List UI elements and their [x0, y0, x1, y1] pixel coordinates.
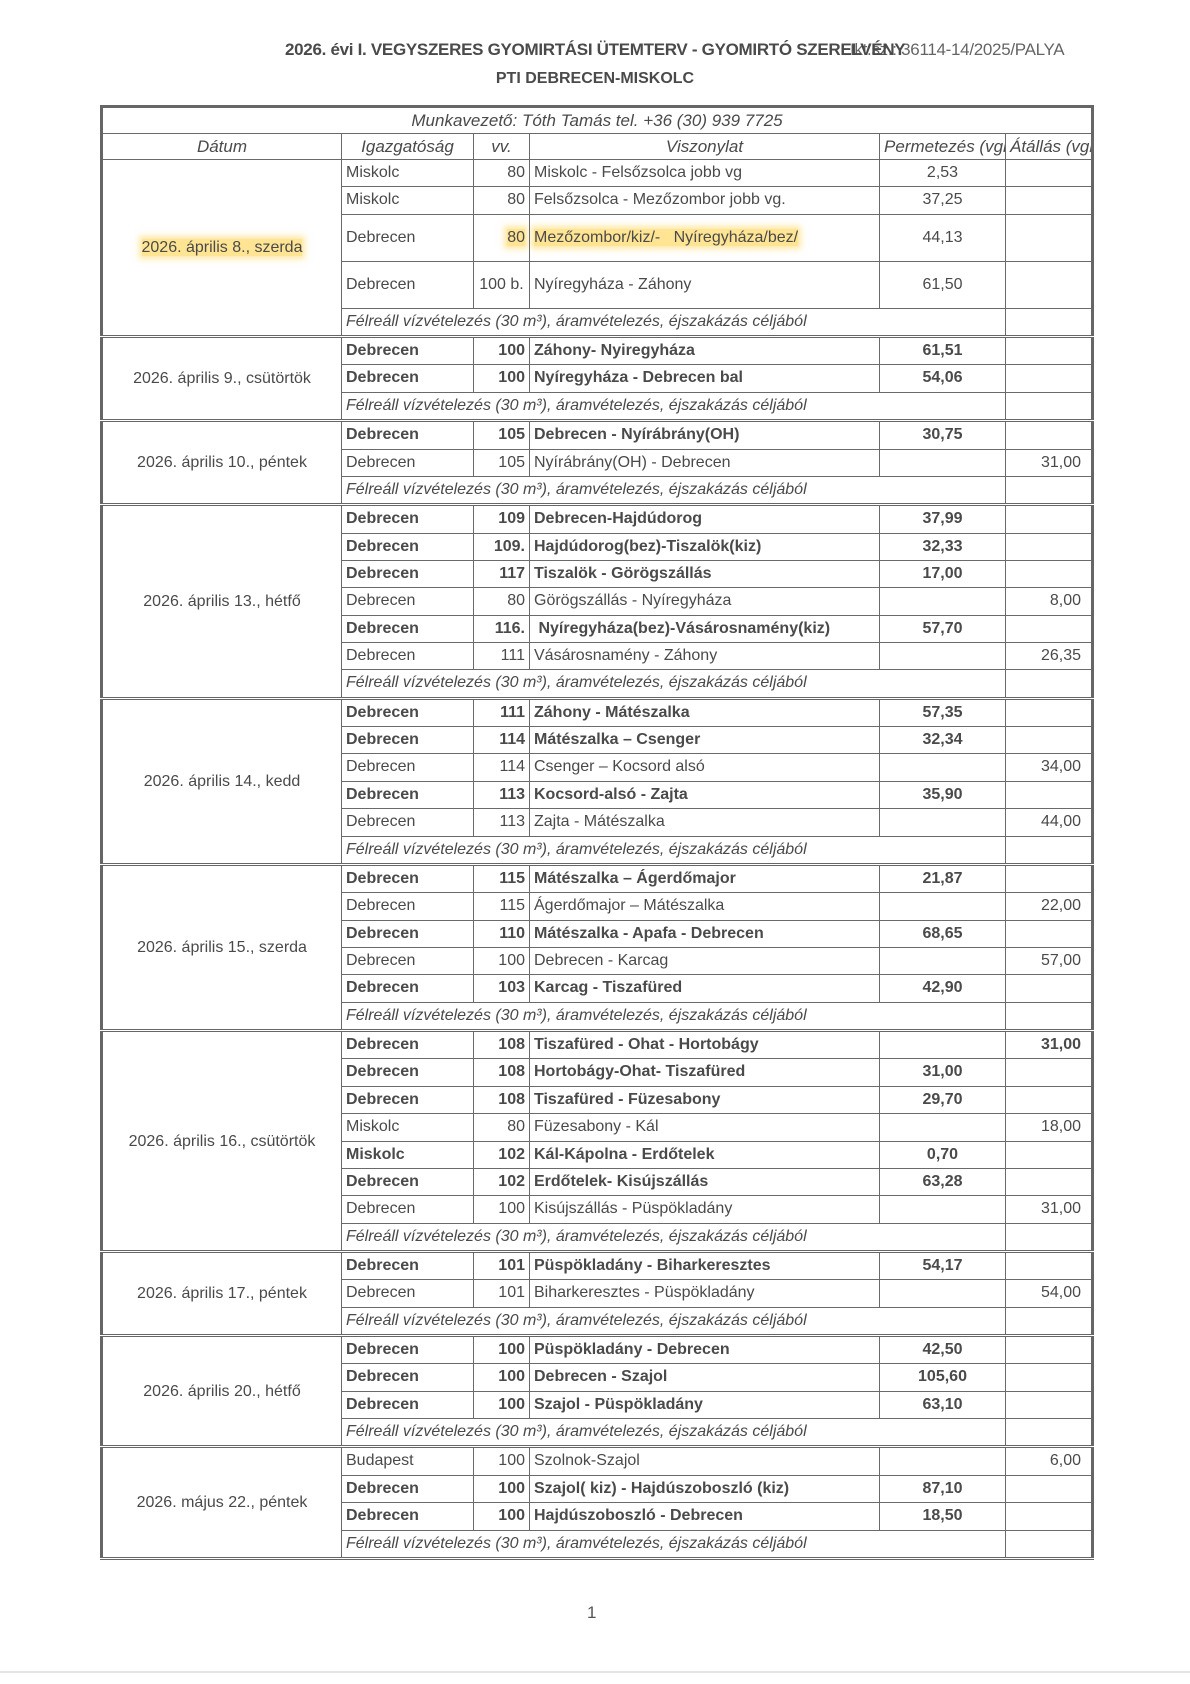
date-label: 2026. április 16., csütörtök: [129, 1133, 316, 1150]
spray-km-cell: [880, 1196, 1006, 1223]
directorate-cell: Budapest: [342, 1447, 474, 1475]
route-cell: Nyírábrány(OH) - Debrecen: [530, 449, 880, 476]
directorate-cell: Debrecen: [342, 365, 474, 392]
schedule-table: Munkavezető: Tóth Tamás tel. +36 (30) 93…: [100, 105, 1094, 1560]
transfer-km-cell: [1006, 505, 1093, 533]
transfer-km-cell: [1006, 337, 1093, 365]
line-number-cell: 80: [474, 160, 530, 187]
table-row: 2026. április 14., keddDebrecen111Záhony…: [102, 698, 1093, 726]
directorate-cell: Debrecen: [342, 1475, 474, 1502]
directorate-cell: Debrecen: [342, 337, 474, 365]
note-text: Félreáll vízvételezés (30 m³), áramvétel…: [342, 1307, 1006, 1335]
transfer-km-cell: [1006, 1251, 1093, 1279]
spray-km-cell: 17,00: [880, 560, 1006, 587]
line-number-cell: 114: [474, 754, 530, 781]
spray-km-cell: [880, 893, 1006, 920]
directorate-cell: Debrecen: [342, 975, 474, 1002]
route-cell: Zajta - Mátészalka: [530, 809, 880, 836]
table-row: 2026. április 15., szerdaDebrecen115Máté…: [102, 864, 1093, 892]
line-number-cell: 109: [474, 505, 530, 533]
line-number-cell: 108: [474, 1059, 530, 1086]
route-cell: Szajol - Püspökladány: [530, 1391, 880, 1418]
spray-km-cell: 87,10: [880, 1475, 1006, 1502]
line-number-cell: 100: [474, 1336, 530, 1364]
directorate-cell: Miskolc: [342, 1114, 474, 1141]
directorate-cell: Debrecen: [342, 1336, 474, 1364]
route-cell: Debrecen - Nyírábrány(OH): [530, 421, 880, 449]
spray-km-cell: [880, 643, 1006, 670]
directorate-cell: Debrecen: [342, 947, 474, 974]
date-cell: 2026. április 20., hétfő: [102, 1336, 342, 1447]
directorate-cell: Debrecen: [342, 1031, 474, 1059]
spray-km-cell: 37,25: [880, 187, 1006, 214]
date-label: 2026. április 17., péntek: [137, 1285, 307, 1302]
transfer-km-cell: [1006, 392, 1093, 420]
date-cell: 2026. április 14., kedd: [102, 698, 342, 864]
transfer-km-cell: [1006, 476, 1093, 504]
transfer-km-cell: 34,00: [1006, 754, 1093, 781]
line-number-cell: 80: [474, 214, 530, 261]
col-header-date: Dátum: [102, 134, 342, 160]
spray-km-cell: 57,35: [880, 698, 1006, 726]
transfer-km-cell: 22,00: [1006, 893, 1093, 920]
line-number-cell: 100: [474, 337, 530, 365]
col-header-route: Viszonylat: [530, 134, 880, 160]
col-header-spray: Permetezés (vgkm): [880, 134, 1006, 160]
directorate-cell: Debrecen: [342, 261, 474, 308]
line-number-cell: 114: [474, 727, 530, 754]
directorate-cell: Debrecen: [342, 781, 474, 808]
line-number-cell: 103: [474, 975, 530, 1002]
line-number-cell: 105: [474, 421, 530, 449]
col-header-directorate: Igazgatóság: [342, 134, 474, 160]
route-cell: Hajdúszoboszló - Debrecen: [530, 1503, 880, 1530]
route-cell: Mezőzombor/kiz/- Nyíregyháza/bez/: [530, 214, 880, 261]
directorate-cell: Debrecen: [342, 1086, 474, 1113]
spray-km-cell: [880, 947, 1006, 974]
spray-km-cell: 21,87: [880, 864, 1006, 892]
date-cell: 2026. április 13., hétfő: [102, 505, 342, 699]
route-cell: Debrecen-Hajdúdorog: [530, 505, 880, 533]
spray-km-cell: [880, 1447, 1006, 1475]
spray-km-cell: [880, 1280, 1006, 1307]
transfer-km-cell: [1006, 1503, 1093, 1530]
route-cell: Kisújszállás - Püspökladány: [530, 1196, 880, 1223]
route-cell: Nyíregyháza(bez)-Vásárosnamény(kiz): [530, 615, 880, 642]
directorate-cell: Debrecen: [342, 643, 474, 670]
transfer-km-cell: [1006, 670, 1093, 698]
transfer-km-cell: [1006, 864, 1093, 892]
note-text: Félreáll vízvételezés (30 m³), áramvétel…: [342, 392, 1006, 420]
transfer-km-cell: 44,00: [1006, 809, 1093, 836]
table-row: 2026. április 13., hétfőDebrecen109Debre…: [102, 505, 1093, 533]
directorate-cell: Debrecen: [342, 754, 474, 781]
route-cell: Debrecen - Szajol: [530, 1364, 880, 1391]
directorate-cell: Debrecen: [342, 214, 474, 261]
date-cell: 2026. április 15., szerda: [102, 864, 342, 1030]
col-header-transfer: Átállás (vgkm): [1006, 134, 1093, 160]
line-number-cell: 115: [474, 893, 530, 920]
spray-km-cell: 35,90: [880, 781, 1006, 808]
transfer-km-cell: [1006, 421, 1093, 449]
line-number-cell: 100: [474, 1475, 530, 1502]
note-text: Félreáll vízvételezés (30 m³), áramvétel…: [342, 1530, 1006, 1558]
transfer-km-cell: [1006, 560, 1093, 587]
note-text: Félreáll vízvételezés (30 m³), áramvétel…: [342, 476, 1006, 504]
spray-km-cell: 61,51: [880, 337, 1006, 365]
transfer-km-cell: [1006, 1391, 1093, 1418]
route-cell: Szolnok-Szajol: [530, 1447, 880, 1475]
date-label: 2026. április 14., kedd: [144, 773, 301, 790]
directorate-cell: Debrecen: [342, 1503, 474, 1530]
spray-km-cell: 42,50: [880, 1336, 1006, 1364]
line-number-cell: 117: [474, 560, 530, 587]
route-cell: Nyíregyháza - Debrecen bal: [530, 365, 880, 392]
transfer-km-cell: [1006, 1168, 1093, 1195]
spray-km-cell: 18,50: [880, 1503, 1006, 1530]
route-cell: Debrecen - Karcag: [530, 947, 880, 974]
spray-km-cell: 0,70: [880, 1141, 1006, 1168]
directorate-cell: Miskolc: [342, 1141, 474, 1168]
directorate-cell: Debrecen: [342, 533, 474, 560]
date-label: 2026. április 13., hétfő: [143, 593, 300, 610]
note-text: Félreáll vízvételezés (30 m³), áramvétel…: [342, 836, 1006, 864]
spray-km-cell: 44,13: [880, 214, 1006, 261]
route-cell: Csenger – Kocsord alsó: [530, 754, 880, 781]
line-number-cell: 80: [474, 187, 530, 214]
spray-km-cell: 30,75: [880, 421, 1006, 449]
transfer-km-cell: [1006, 1086, 1093, 1113]
spray-km-cell: 105,60: [880, 1364, 1006, 1391]
directorate-cell: Debrecen: [342, 864, 474, 892]
line-number-cell: 105: [474, 449, 530, 476]
directorate-cell: Debrecen: [342, 615, 474, 642]
route-cell: Nyíregyháza - Záhony: [530, 261, 880, 308]
date-cell: 2026. április 10., péntek: [102, 421, 342, 505]
date-cell: 2026. április 17., péntek: [102, 1251, 342, 1335]
spray-km-cell: 29,70: [880, 1086, 1006, 1113]
table-row: 2026. április 17., péntekDebrecen101Püsp…: [102, 1251, 1093, 1279]
spray-km-cell: [880, 754, 1006, 781]
line-number-cell: 100: [474, 1447, 530, 1475]
transfer-km-cell: [1006, 781, 1093, 808]
route-cell: Füzesabony - Kál: [530, 1114, 880, 1141]
transfer-km-cell: 54,00: [1006, 1280, 1093, 1307]
directorate-cell: Debrecen: [342, 1364, 474, 1391]
document-title: 2026. évi I. VEGYSZERES GYOMIRTÁSI ÜTEMT…: [285, 40, 905, 60]
spray-km-cell: 32,33: [880, 533, 1006, 560]
date-cell: 2026. május 22., péntek: [102, 1447, 342, 1558]
route-cell: Kocsord-alsó - Zajta: [530, 781, 880, 808]
transfer-km-cell: [1006, 836, 1093, 864]
line-number-cell: 102: [474, 1141, 530, 1168]
route-cell: Püspökladány - Biharkeresztes: [530, 1251, 880, 1279]
line-number-cell: 113: [474, 809, 530, 836]
line-number-cell: 101: [474, 1251, 530, 1279]
directorate-cell: Debrecen: [342, 449, 474, 476]
line-number-cell: 110: [474, 920, 530, 947]
route-value: Mezőzombor/kiz/- Nyíregyháza/bez/: [534, 229, 798, 246]
spray-km-cell: 63,28: [880, 1168, 1006, 1195]
transfer-km-cell: [1006, 920, 1093, 947]
route-cell: Mátészalka – Csenger: [530, 727, 880, 754]
note-text: Félreáll vízvételezés (30 m³), áramvétel…: [342, 308, 1006, 336]
page-bottom-edge: [0, 1671, 1190, 1673]
directorate-cell: Debrecen: [342, 809, 474, 836]
line-number-cell: 100: [474, 1503, 530, 1530]
transfer-km-cell: [1006, 187, 1093, 214]
spray-km-cell: 54,17: [880, 1251, 1006, 1279]
line-number-cell: 102: [474, 1168, 530, 1195]
date-cell: 2026. április 9., csütörtök: [102, 337, 342, 421]
transfer-km-cell: 31,00: [1006, 1031, 1093, 1059]
spray-km-cell: 42,90: [880, 975, 1006, 1002]
route-cell: Hortobágy-Ohat- Tiszafüred: [530, 1059, 880, 1086]
directorate-cell: Debrecen: [342, 1280, 474, 1307]
line-number-cell: 100: [474, 947, 530, 974]
transfer-km-cell: [1006, 698, 1093, 726]
document-reference: Ikt.sz.: 36114-14/2025/PALYA: [850, 40, 1064, 60]
line-number-value: 80: [507, 229, 525, 246]
date-cell: 2026. április 16., csütörtök: [102, 1031, 342, 1252]
note-text: Félreáll vízvételezés (30 m³), áramvétel…: [342, 1419, 1006, 1447]
table-row: 2026. április 20., hétfőDebrecen100Püspö…: [102, 1336, 1093, 1364]
directorate-cell: Debrecen: [342, 560, 474, 587]
transfer-km-cell: [1006, 1059, 1093, 1086]
transfer-km-cell: 8,00: [1006, 588, 1093, 615]
route-cell: Tiszafüred - Ohat - Hortobágy: [530, 1031, 880, 1059]
line-number-cell: 101: [474, 1280, 530, 1307]
directorate-cell: Debrecen: [342, 1196, 474, 1223]
line-number-cell: 100: [474, 1391, 530, 1418]
route-cell: Karcag - Tiszafüred: [530, 975, 880, 1002]
date-label: 2026. április 10., péntek: [137, 454, 307, 471]
spray-km-cell: 37,99: [880, 505, 1006, 533]
line-number-cell: 108: [474, 1031, 530, 1059]
directorate-cell: Debrecen: [342, 588, 474, 615]
directorate-cell: Debrecen: [342, 1168, 474, 1195]
spray-km-cell: 31,00: [880, 1059, 1006, 1086]
transfer-km-cell: [1006, 1307, 1093, 1335]
date-label: 2026. április 15., szerda: [137, 939, 307, 956]
directorate-cell: Debrecen: [342, 893, 474, 920]
directorate-cell: Debrecen: [342, 1251, 474, 1279]
line-number-cell: 100: [474, 1196, 530, 1223]
line-number-cell: 108: [474, 1086, 530, 1113]
transfer-km-cell: [1006, 261, 1093, 308]
col-header-line: vv.: [474, 134, 530, 160]
date-cell: 2026. április 8., szerda: [102, 160, 342, 337]
transfer-km-cell: [1006, 1141, 1093, 1168]
note-text: Félreáll vízvételezés (30 m³), áramvétel…: [342, 670, 1006, 698]
transfer-km-cell: [1006, 214, 1093, 261]
date-label: 2026. május 22., péntek: [137, 1494, 308, 1511]
date-label: 2026. április 20., hétfő: [143, 1383, 300, 1400]
line-number-cell: 109.: [474, 533, 530, 560]
route-cell: Ágerdőmajor – Mátészalka: [530, 893, 880, 920]
work-leader: Munkavezető: Tóth Tamás tel. +36 (30) 93…: [102, 107, 1093, 134]
transfer-km-cell: [1006, 308, 1093, 336]
route-cell: Biharkeresztes - Püspökladány: [530, 1280, 880, 1307]
line-number-cell: 80: [474, 588, 530, 615]
directorate-cell: Debrecen: [342, 698, 474, 726]
note-text: Félreáll vízvételezés (30 m³), áramvétel…: [342, 1002, 1006, 1030]
table-row: 2026. április 9., csütörtökDebrecen100Zá…: [102, 337, 1093, 365]
line-number-cell: 116.: [474, 615, 530, 642]
transfer-km-cell: [1006, 160, 1093, 187]
directorate-cell: Debrecen: [342, 727, 474, 754]
transfer-km-cell: [1006, 365, 1093, 392]
transfer-km-cell: 26,35: [1006, 643, 1093, 670]
spray-km-cell: 54,06: [880, 365, 1006, 392]
table-row: 2026. április 10., péntekDebrecen105Debr…: [102, 421, 1093, 449]
line-number-cell: 100: [474, 365, 530, 392]
document-subtitle: PTI DEBRECEN-MISKOLC: [0, 70, 1190, 88]
transfer-km-cell: [1006, 533, 1093, 560]
transfer-km-cell: [1006, 1223, 1093, 1251]
spray-km-cell: [880, 588, 1006, 615]
spray-km-cell: [880, 1031, 1006, 1059]
route-cell: Tiszafüred - Füzesabony: [530, 1086, 880, 1113]
directorate-cell: Debrecen: [342, 1391, 474, 1418]
route-cell: Miskolc - Felsőzsolca jobb vg: [530, 160, 880, 187]
transfer-km-cell: [1006, 727, 1093, 754]
spray-km-cell: 2,53: [880, 160, 1006, 187]
line-number-cell: 80: [474, 1114, 530, 1141]
route-cell: Erdőtelek- Kisújszállás: [530, 1168, 880, 1195]
route-cell: Hajdúdorog(bez)-Tiszalök(kiz): [530, 533, 880, 560]
line-number-cell: 100 b.: [474, 261, 530, 308]
route-cell: Vásárosnamény - Záhony: [530, 643, 880, 670]
route-cell: Mátészalka - Apafa - Debrecen: [530, 920, 880, 947]
line-number-cell: 111: [474, 698, 530, 726]
spray-km-cell: [880, 809, 1006, 836]
transfer-km-cell: [1006, 1336, 1093, 1364]
route-cell: Püspökladány - Debrecen: [530, 1336, 880, 1364]
date-label: 2026. április 8., szerda: [142, 239, 303, 256]
spray-km-cell: 61,50: [880, 261, 1006, 308]
spray-km-cell: [880, 1114, 1006, 1141]
directorate-cell: Debrecen: [342, 1059, 474, 1086]
directorate-cell: Debrecen: [342, 505, 474, 533]
directorate-cell: Miskolc: [342, 160, 474, 187]
transfer-km-cell: [1006, 1364, 1093, 1391]
transfer-km-cell: [1006, 1530, 1093, 1558]
route-cell: Kál-Kápolna - Erdőtelek: [530, 1141, 880, 1168]
route-cell: Görögszállás - Nyíregyháza: [530, 588, 880, 615]
directorate-cell: Debrecen: [342, 421, 474, 449]
work-leader-row: Munkavezető: Tóth Tamás tel. +36 (30) 93…: [102, 107, 1093, 134]
transfer-km-cell: [1006, 1419, 1093, 1447]
transfer-km-cell: [1006, 1002, 1093, 1030]
line-number-cell: 113: [474, 781, 530, 808]
table-row: 2026. április 16., csütörtökDebrecen108T…: [102, 1031, 1093, 1059]
directorate-cell: Debrecen: [342, 920, 474, 947]
transfer-km-cell: 31,00: [1006, 1196, 1093, 1223]
spray-km-cell: 57,70: [880, 615, 1006, 642]
transfer-km-cell: [1006, 1475, 1093, 1502]
spray-km-cell: 68,65: [880, 920, 1006, 947]
route-cell: Mátészalka – Ágerdőmajor: [530, 864, 880, 892]
table-row: 2026. május 22., péntekBudapest100Szolno…: [102, 1447, 1093, 1475]
date-label: 2026. április 9., csütörtök: [133, 370, 311, 387]
transfer-km-cell: [1006, 615, 1093, 642]
table-row: 2026. április 8., szerdaMiskolc80Miskolc…: [102, 160, 1093, 187]
transfer-km-cell: [1006, 975, 1093, 1002]
line-number-cell: 111: [474, 643, 530, 670]
table-header: Dátum Igazgatóság vv. Viszonylat Permete…: [102, 134, 1093, 160]
spray-km-cell: 63,10: [880, 1391, 1006, 1418]
directorate-cell: Miskolc: [342, 187, 474, 214]
route-cell: Záhony- Nyiregyháza: [530, 337, 880, 365]
route-cell: Felsőzsolca - Mezőzombor jobb vg.: [530, 187, 880, 214]
note-text: Félreáll vízvételezés (30 m³), áramvétel…: [342, 1223, 1006, 1251]
spray-km-cell: 32,34: [880, 727, 1006, 754]
route-cell: Tiszalök - Görögszállás: [530, 560, 880, 587]
transfer-km-cell: 31,00: [1006, 449, 1093, 476]
line-number-cell: 115: [474, 864, 530, 892]
page-number: 1: [587, 1603, 596, 1623]
transfer-km-cell: 6,00: [1006, 1447, 1093, 1475]
transfer-km-cell: 57,00: [1006, 947, 1093, 974]
route-cell: Szajol( kiz) - Hajdúszoboszló (kiz): [530, 1475, 880, 1502]
spray-km-cell: [880, 449, 1006, 476]
transfer-km-cell: 18,00: [1006, 1114, 1093, 1141]
route-cell: Záhony - Mátészalka: [530, 698, 880, 726]
line-number-cell: 100: [474, 1364, 530, 1391]
